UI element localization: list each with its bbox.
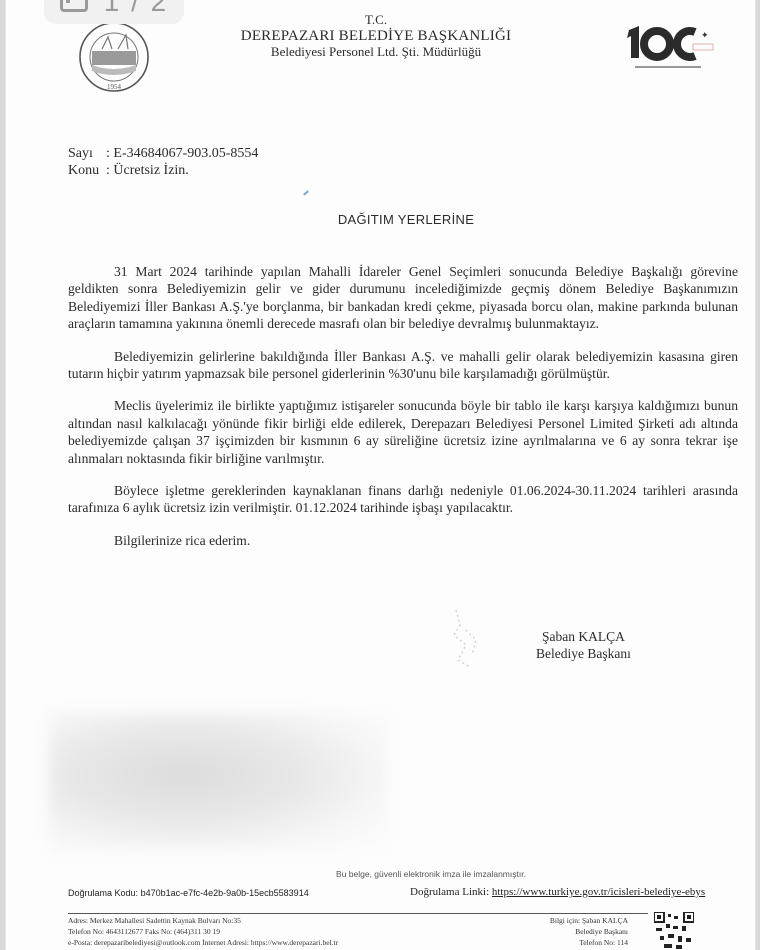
letter-body: 31 Mart 2024 tarihinde yapılan Mahalli İ…	[68, 263, 738, 564]
number-value: : E-34684067-903.05-8554	[106, 146, 258, 161]
signer-name: Şaban KALÇA	[536, 628, 631, 645]
document-page: 1 / 2 1954 T.C. DEREPAZARI BELEDİYE BAŞK…	[5, 0, 756, 950]
paragraph: Meclis üyelerimiz ile birlikte yaptığımı…	[68, 397, 738, 467]
footer-info: Bilgi için: Şaban KALÇA Belediye Başkanı…	[506, 915, 628, 948]
document-subject: Konu: Ücretsiz İzin.	[68, 162, 258, 179]
info-title: Belediye Başkanı	[506, 926, 628, 937]
paragraph: Bilgilerinize rica ederim.	[68, 532, 738, 549]
footer-address: Adres: Merkez Mahallesi Sadettin Kaynak …	[68, 915, 338, 926]
page-indicator[interactable]: 1 / 2	[44, 0, 184, 24]
document-number: Sayı: E-34684067-903.05-8554	[68, 145, 258, 162]
header-organization: DEREPAZARI BELEDİYE BAŞKANLIĞI	[206, 28, 546, 44]
signature-block: Şaban KALÇA Belediye Başkanı	[536, 628, 631, 662]
distribution-title: DAĞITIM YERLERİNE	[6, 212, 760, 227]
esignature-note: Bu belge, güvenli elektronik imza ile im…	[6, 869, 760, 879]
header-department: Belediyesi Personel Ltd. Şti. Müdürlüğü	[206, 44, 546, 60]
footer-phone-fax: Telefon No: 4643112677 Faks No: (464)311…	[68, 926, 338, 937]
verification-code-value: b470b1ac-e7fc-4e2b-9a0b-15ecb5583914	[141, 888, 309, 898]
page-icon	[60, 0, 88, 12]
svg-text:✦: ✦	[701, 30, 709, 40]
verification-code: Doğrulama Kodu: b470b1ac-e7fc-4e2b-9a0b-…	[68, 888, 309, 898]
verification-link-url[interactable]: https://www.turkiye.gov.tr/icisleri-bele…	[492, 886, 705, 898]
svg-text:1954: 1954	[107, 83, 122, 91]
signer-title: Belediye Başkanı	[536, 645, 631, 662]
centennial-logo-icon: ✦	[621, 18, 721, 78]
footer-contact: Adres: Merkez Mahallesi Sadettin Kaynak …	[68, 915, 338, 948]
verification-link-label: Doğrulama Linki:	[410, 886, 489, 898]
document-meta: Sayı: E-34684067-903.05-8554 Konu: Ücret…	[68, 145, 258, 179]
subject-value: : Ücretsiz İzin.	[106, 163, 189, 178]
verification-code-label: Doğrulama Kodu:	[68, 888, 138, 898]
page-counter: 1 / 2	[104, 0, 168, 18]
info-contact: Bilgi için: Şaban KALÇA	[506, 915, 628, 926]
info-phone: Telefon No: 114	[506, 937, 628, 948]
footer-divider	[68, 913, 648, 914]
qr-code-icon	[654, 912, 694, 950]
subject-label: Konu	[68, 162, 106, 179]
footer-email-web: e-Posta: derepazaribelediyesi@outlook.co…	[68, 937, 338, 948]
number-label: Sayı	[68, 145, 106, 162]
letterhead: T.C. DEREPAZARI BELEDİYE BAŞKANLIĞI Bele…	[206, 12, 546, 60]
verification-link: Doğrulama Linki: https://www.turkiye.gov…	[410, 886, 705, 898]
paragraph: 31 Mart 2024 tarihinde yapılan Mahalli İ…	[68, 263, 738, 333]
signature-scribble-icon	[446, 605, 486, 675]
municipality-seal-icon: 1954	[68, 15, 160, 93]
paragraph: Belediyemizin gelirlerine bakıldığında İ…	[68, 348, 738, 383]
redacted-recipient-area	[48, 712, 388, 852]
header-tc: T.C.	[206, 12, 546, 28]
ink-mark	[303, 190, 309, 195]
paragraph: Böylece işletme gereklerinden kaynaklana…	[68, 482, 738, 517]
